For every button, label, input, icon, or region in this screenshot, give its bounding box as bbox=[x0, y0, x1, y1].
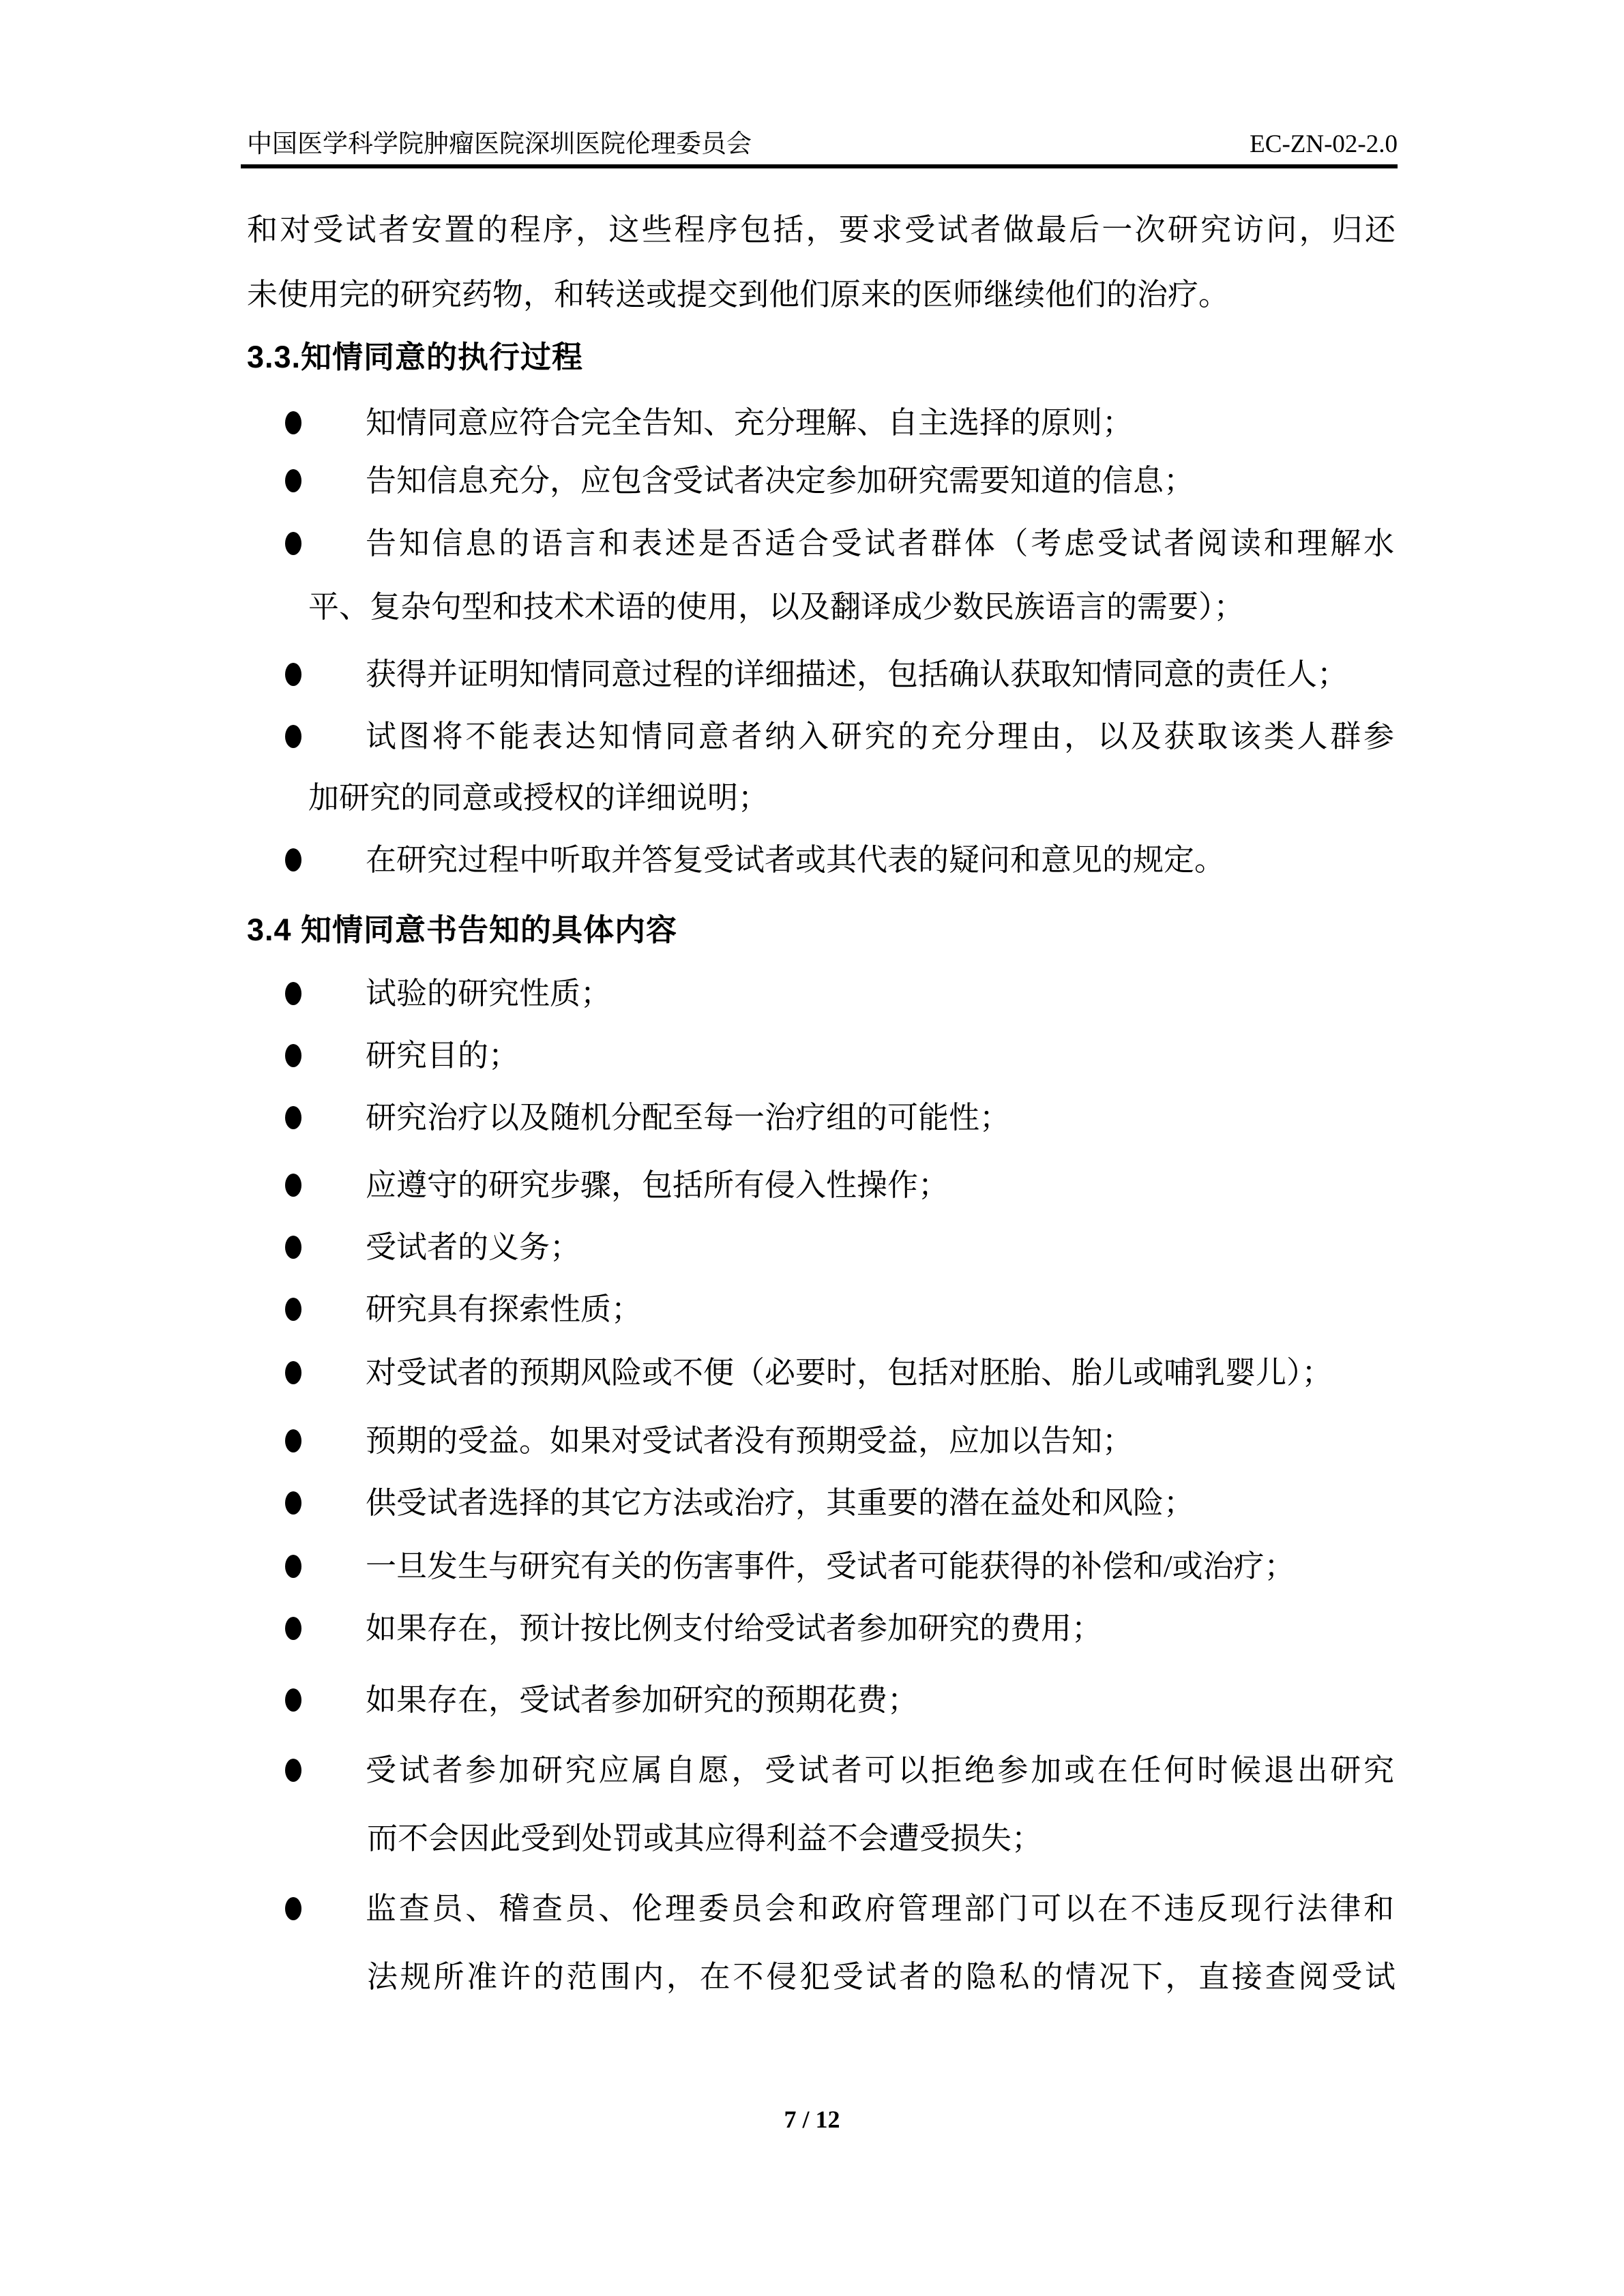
list-item: 告知信息的语言和表述是否适合受试者群体（考虑受试者阅读和理解水 bbox=[285, 526, 1394, 561]
list-item: 获得并证明知情同意过程的详细描述，包括确认获取知情同意的责任人； bbox=[285, 657, 1348, 691]
list-item-text: 一旦发生与研究有关的伤害事件，受试者可能获得的补偿和/或治疗； bbox=[366, 1549, 1295, 1583]
header-rule bbox=[241, 164, 1398, 168]
bullet-icon bbox=[285, 1236, 301, 1259]
list-item-text: 研究具有探索性质； bbox=[366, 1292, 642, 1326]
list-item-text: 试图将不能表达知情同意者纳入研究的充分理由，以及获取该类人群参 bbox=[366, 719, 1394, 754]
list-item-text: 应遵守的研究步骤，包括所有侵入性操作； bbox=[366, 1168, 949, 1202]
page-header: 中国医学科学院肿瘤医院深圳医院伦理委员会 EC-ZN-02-2.0 bbox=[247, 130, 1398, 159]
paragraph-line: 和对受试者安置的程序，这些程序包括，要求受试者做最后一次研究访问，归还 bbox=[247, 213, 1396, 247]
header-organization: 中国医学科学院肿瘤医院深圳医院伦理委员会 bbox=[247, 130, 752, 159]
list-item: 告知信息充分，应包含受试者决定参加研究需要知道的信息； bbox=[285, 464, 1194, 498]
document-page: 中国医学科学院肿瘤医院深圳医院伦理委员会 EC-ZN-02-2.0 和对受试者安… bbox=[0, 0, 1624, 2296]
bullet-icon bbox=[285, 1897, 301, 1920]
list-item-text: 试验的研究性质； bbox=[366, 976, 611, 1011]
list-item: 研究目的； bbox=[285, 1039, 519, 1073]
list-item: 在研究过程中听取并答复受试者或其代表的疑问和意见的规定。 bbox=[285, 843, 1225, 877]
bullet-icon bbox=[285, 1759, 301, 1782]
bullet-icon bbox=[285, 469, 301, 492]
bullet-icon bbox=[285, 1361, 301, 1384]
bullet-icon bbox=[285, 663, 301, 686]
list-item-text: 对受试者的预期风险或不便（必要时，包括对胚胎、胎儿或哺乳婴儿）； bbox=[366, 1356, 1333, 1390]
list-item: 对受试者的预期风险或不便（必要时，包括对胚胎、胎儿或哺乳婴儿）； bbox=[285, 1356, 1333, 1390]
list-item: 试验的研究性质； bbox=[285, 976, 611, 1011]
list-item-text: 受试者参加研究应属自愿，受试者可以拒绝参加或在任何时候退出研究 bbox=[366, 1753, 1394, 1787]
paragraph-line: 未使用完的研究药物，和转送或提交到他们原来的医师继续他们的治疗。 bbox=[247, 278, 1229, 312]
bullet-icon bbox=[285, 848, 301, 871]
section-heading-3-4: 3.4 知情同意书告知的具体内容 bbox=[247, 913, 677, 947]
paragraph-text: 和对受试者安置的程序，这些程序包括，要求受试者做最后一次研究访问，归还 bbox=[247, 213, 1396, 247]
list-item: 受试者参加研究应属自愿，受试者可以拒绝参加或在任何时候退出研究 bbox=[285, 1753, 1394, 1787]
list-item-text: 在研究过程中听取并答复受试者或其代表的疑问和意见的规定。 bbox=[366, 843, 1225, 877]
bullet-icon bbox=[285, 1555, 301, 1578]
list-item-text: 知情同意应符合完全告知、充分理解、自主选择的原则； bbox=[366, 406, 1133, 440]
continuation-line: 法规所准许的范围内，在不侵犯受试者的隐私的情况下，直接查阅受试 bbox=[367, 1960, 1396, 1994]
bullet-icon bbox=[285, 1429, 301, 1452]
list-item: 受试者的义务； bbox=[285, 1230, 580, 1264]
list-item: 一旦发生与研究有关的伤害事件，受试者可能获得的补偿和/或治疗； bbox=[285, 1549, 1295, 1583]
list-item: 研究治疗以及随机分配至每一治疗组的可能性； bbox=[285, 1101, 1010, 1135]
bullet-icon bbox=[285, 1044, 301, 1067]
list-item-text: 如果存在，预计按比例支付给受试者参加研究的费用； bbox=[366, 1611, 1102, 1645]
list-item-text: 研究目的； bbox=[366, 1039, 519, 1073]
list-item-text: 供受试者选择的其它方法或治疗，其重要的潜在益处和风险； bbox=[366, 1486, 1194, 1520]
list-item-text: 受试者的义务； bbox=[366, 1230, 580, 1264]
list-item: 如果存在，预计按比例支付给受试者参加研究的费用； bbox=[285, 1611, 1102, 1645]
list-item: 供受试者选择的其它方法或治疗，其重要的潜在益处和风险； bbox=[285, 1486, 1194, 1520]
list-item-text: 告知信息的语言和表述是否适合受试者群体（考虑受试者阅读和理解水 bbox=[366, 526, 1394, 561]
list-item-text: 预期的受益。如果对受试者没有预期受益，应加以告知； bbox=[366, 1424, 1133, 1458]
header-doc-code: EC-ZN-02-2.0 bbox=[1250, 130, 1398, 159]
list-item-text: 监查员、稽查员、伦理委员会和政府管理部门可以在不违反现行法律和 bbox=[366, 1892, 1394, 1926]
bullet-icon bbox=[285, 982, 301, 1005]
bullet-icon bbox=[285, 1174, 301, 1197]
list-item-text: 如果存在，受试者参加研究的预期花费； bbox=[366, 1683, 918, 1717]
bullet-icon bbox=[285, 1106, 301, 1129]
bullet-icon bbox=[285, 532, 301, 555]
list-item: 如果存在，受试者参加研究的预期花费； bbox=[285, 1683, 918, 1717]
continuation-line: 而不会因此受到处罚或其应得利益不会遭受损失； bbox=[367, 1821, 1042, 1855]
continuation-line: 加研究的同意或授权的详细说明； bbox=[308, 781, 769, 815]
bullet-icon bbox=[285, 1491, 301, 1515]
list-item: 试图将不能表达知情同意者纳入研究的充分理由，以及获取该类人群参 bbox=[285, 719, 1394, 754]
list-item-text: 告知信息充分，应包含受试者决定参加研究需要知道的信息； bbox=[366, 464, 1194, 498]
bullet-icon bbox=[285, 1617, 301, 1640]
bullet-icon bbox=[285, 725, 301, 748]
continuation-line: 平、复杂句型和技术术语的使用，以及翻译成少数民族语言的需要）； bbox=[308, 590, 1245, 624]
section-heading-3-3: 3.3.知情同意的执行过程 bbox=[247, 340, 583, 374]
list-item: 预期的受益。如果对受试者没有预期受益，应加以告知； bbox=[285, 1424, 1133, 1458]
bullet-icon bbox=[285, 1298, 301, 1321]
list-item: 监查员、稽查员、伦理委员会和政府管理部门可以在不违反现行法律和 bbox=[285, 1892, 1394, 1926]
list-item-text: 研究治疗以及随机分配至每一治疗组的可能性； bbox=[366, 1101, 1010, 1135]
page-number: 7 / 12 bbox=[0, 2104, 1624, 2134]
list-item: 研究具有探索性质； bbox=[285, 1292, 642, 1326]
list-item: 知情同意应符合完全告知、充分理解、自主选择的原则； bbox=[285, 406, 1133, 440]
bullet-icon bbox=[285, 411, 301, 434]
bullet-icon bbox=[285, 1688, 301, 1712]
list-item: 应遵守的研究步骤，包括所有侵入性操作； bbox=[285, 1168, 949, 1202]
list-item-text: 获得并证明知情同意过程的详细描述，包括确认获取知情同意的责任人； bbox=[366, 657, 1348, 691]
